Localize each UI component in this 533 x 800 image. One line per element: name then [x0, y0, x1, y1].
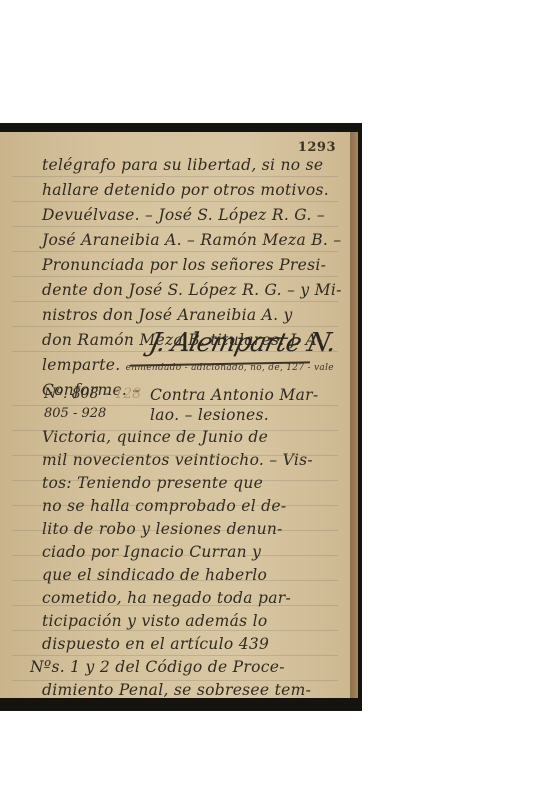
lower-lines-layer [0, 123, 362, 711]
